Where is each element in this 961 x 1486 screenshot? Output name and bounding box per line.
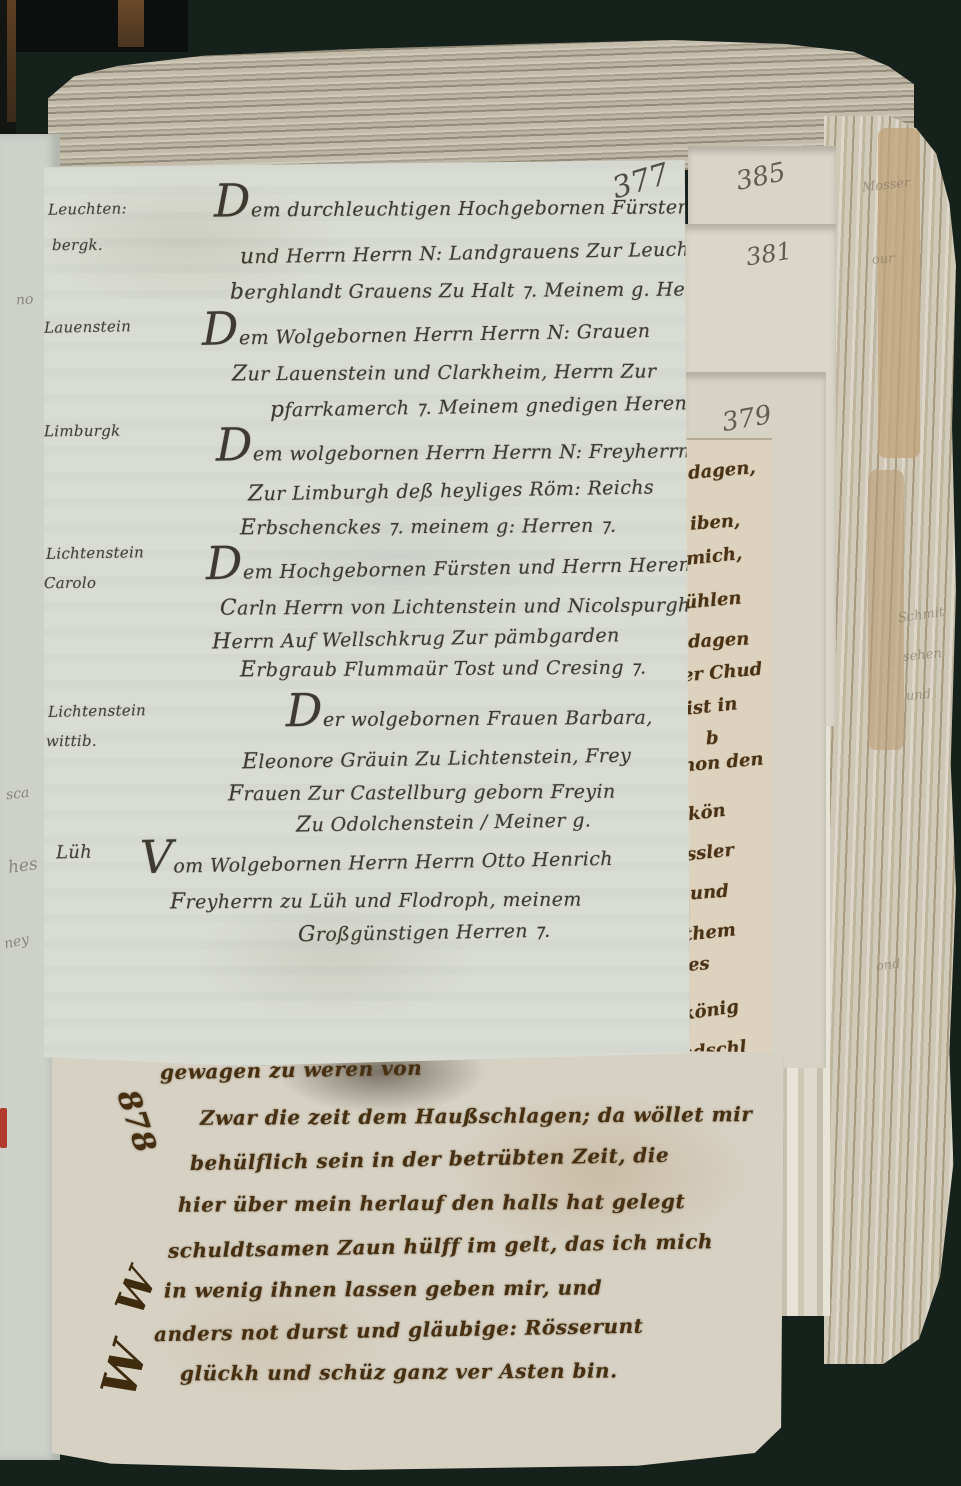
margin-note: Lüh [56, 842, 92, 864]
entry-line: Zu Odolchenstein / Meiner g. [296, 807, 592, 837]
main-page-377: 377 Leuchten: bergk. Lauenstein Limburgk… [44, 160, 690, 1066]
entry-line: Eleonore Gräuin Zu Lichtenstein, Frey [242, 743, 632, 775]
bottom-line: Zwar die zeit dem Haußschlagen; da wölle… [200, 1102, 753, 1130]
edge-fragment: ssler [685, 840, 735, 866]
protruding-page-strip: dagen, iben, mich, ühlen dagen er Chud i… [680, 438, 772, 1068]
entry-line: Carln Herrn von Lichtenstein und Nicolsp… [220, 592, 691, 620]
pen-flourish: W [106, 1262, 166, 1321]
edge-fragment: dagen, [687, 457, 756, 484]
bottom-line: glückh und schüz ganz ver Asten bin. [180, 1358, 618, 1385]
faint-fragment: und [905, 687, 931, 704]
edge-fragment: b [705, 728, 719, 750]
entry-line: Erbgraub Flummaür Tost und Cresing ⁊. [240, 655, 647, 683]
edge-fragment: es [687, 953, 710, 976]
entry-line: Zur Lauenstein und Clarkheim, Herrn Zur [232, 359, 657, 387]
margin-note: bergk. [52, 236, 103, 254]
bottom-line: behülflich sein in der betrübten Zeit, d… [190, 1143, 669, 1175]
entry-line: Zur Limburgh deß heyliges Röm: Reichs [248, 474, 655, 506]
folio-number-385: 385 [733, 157, 788, 197]
edge-fragment: non den [681, 748, 764, 776]
folio-number-381: 381 [744, 237, 794, 272]
entry-line: und Herrn Herrn N: Landgrauens Zur Leuch… [240, 236, 738, 270]
manuscript-photo: Mosser our Schmit sehen und ond no sca h… [0, 0, 961, 1486]
edge-fragment: iben, [689, 510, 741, 534]
edge-fragment: und [689, 881, 729, 905]
margin-note: Limburgk [44, 422, 121, 441]
edge-fragment: ühlen [683, 588, 742, 614]
left-fragment: sca [5, 785, 30, 803]
entry-line: Dem durchleuchtigen Hochgebornen Fürsten [214, 196, 690, 221]
bottom-page: 878 gewagen zu weren von Zwar die zeit d… [52, 1046, 784, 1470]
edge-fragment: them [683, 919, 737, 945]
entry-line: Vom Wolgebornen Herrn Herrn Otto Henrich [140, 848, 613, 878]
edge-fragment: ist in [685, 693, 738, 719]
red-edge-mark [0, 1108, 7, 1148]
bottom-line: hier über mein herlauf den halls hat gel… [178, 1189, 685, 1217]
entry-line: Dem Hochgebornen Fürsten und Herrn Heren [206, 554, 692, 584]
left-fragment: ney [3, 932, 31, 953]
faint-fragment: our [872, 251, 895, 268]
folio-number-379: 379 [720, 400, 774, 438]
book-cover-corner [0, 0, 188, 52]
left-fragment: hes [7, 854, 39, 878]
entry-line: Freyherrn zu Lüh und Flodroph, meinem [170, 887, 582, 915]
margin-note: Lauenstein [44, 317, 131, 337]
side-number: 878 [110, 1086, 163, 1158]
bottom-line: anders not durst und gläubige: Rösserunt [154, 1314, 644, 1347]
entry-line: Frauen Zur Castellburg geborn Freyin [228, 779, 616, 807]
margin-note: Carolo [44, 574, 96, 592]
edge-fragment: kön [687, 800, 727, 825]
edge-fragment: dagen [687, 628, 749, 652]
spine-leather-strip [7, 0, 16, 122]
left-fragment: no [15, 291, 34, 308]
edge-fragment: er Chud [681, 659, 763, 687]
spine-leather-fragment [118, 0, 144, 47]
entry-line: berghlandt Grauens Zu Halt ⁊. Meinem g. … [230, 276, 707, 304]
margin-note: wittib. [46, 732, 97, 750]
entry-line: Herrn Auf Wellschkrug Zur pämbgarden [212, 622, 620, 654]
bottom-line: in wenig ihnen lassen geben mir, und [164, 1275, 602, 1302]
entry-line: Der wolgebornen Frauen Barbara, [286, 707, 653, 732]
bottom-line: schuldtsamen Zaun hülff im gelt, das ich… [168, 1229, 713, 1263]
faint-fragment: ond [875, 957, 901, 975]
margin-note: Leuchten: [48, 199, 127, 218]
entry-line: Dem wolgebornen Herrn Herrn N: Freyherrn [216, 440, 691, 465]
edge-fragment: mich, [685, 543, 743, 570]
entry-line: pfarrkamerch ⁊. Meinem gnedigen Heren [270, 390, 688, 422]
margin-note: Lichtenstein [48, 701, 146, 721]
entry-line: Großgünstigen Herren ⁊. [298, 918, 551, 947]
margin-note: Lichtenstein [46, 543, 144, 563]
pen-flourish: W [91, 1336, 160, 1403]
entry-line: Erbschenckes ⁊. meinem g: Herren ⁊. [240, 513, 617, 541]
entry-line: Dem Wolgebornen Herrn Herrn N: Grauen [202, 320, 651, 350]
